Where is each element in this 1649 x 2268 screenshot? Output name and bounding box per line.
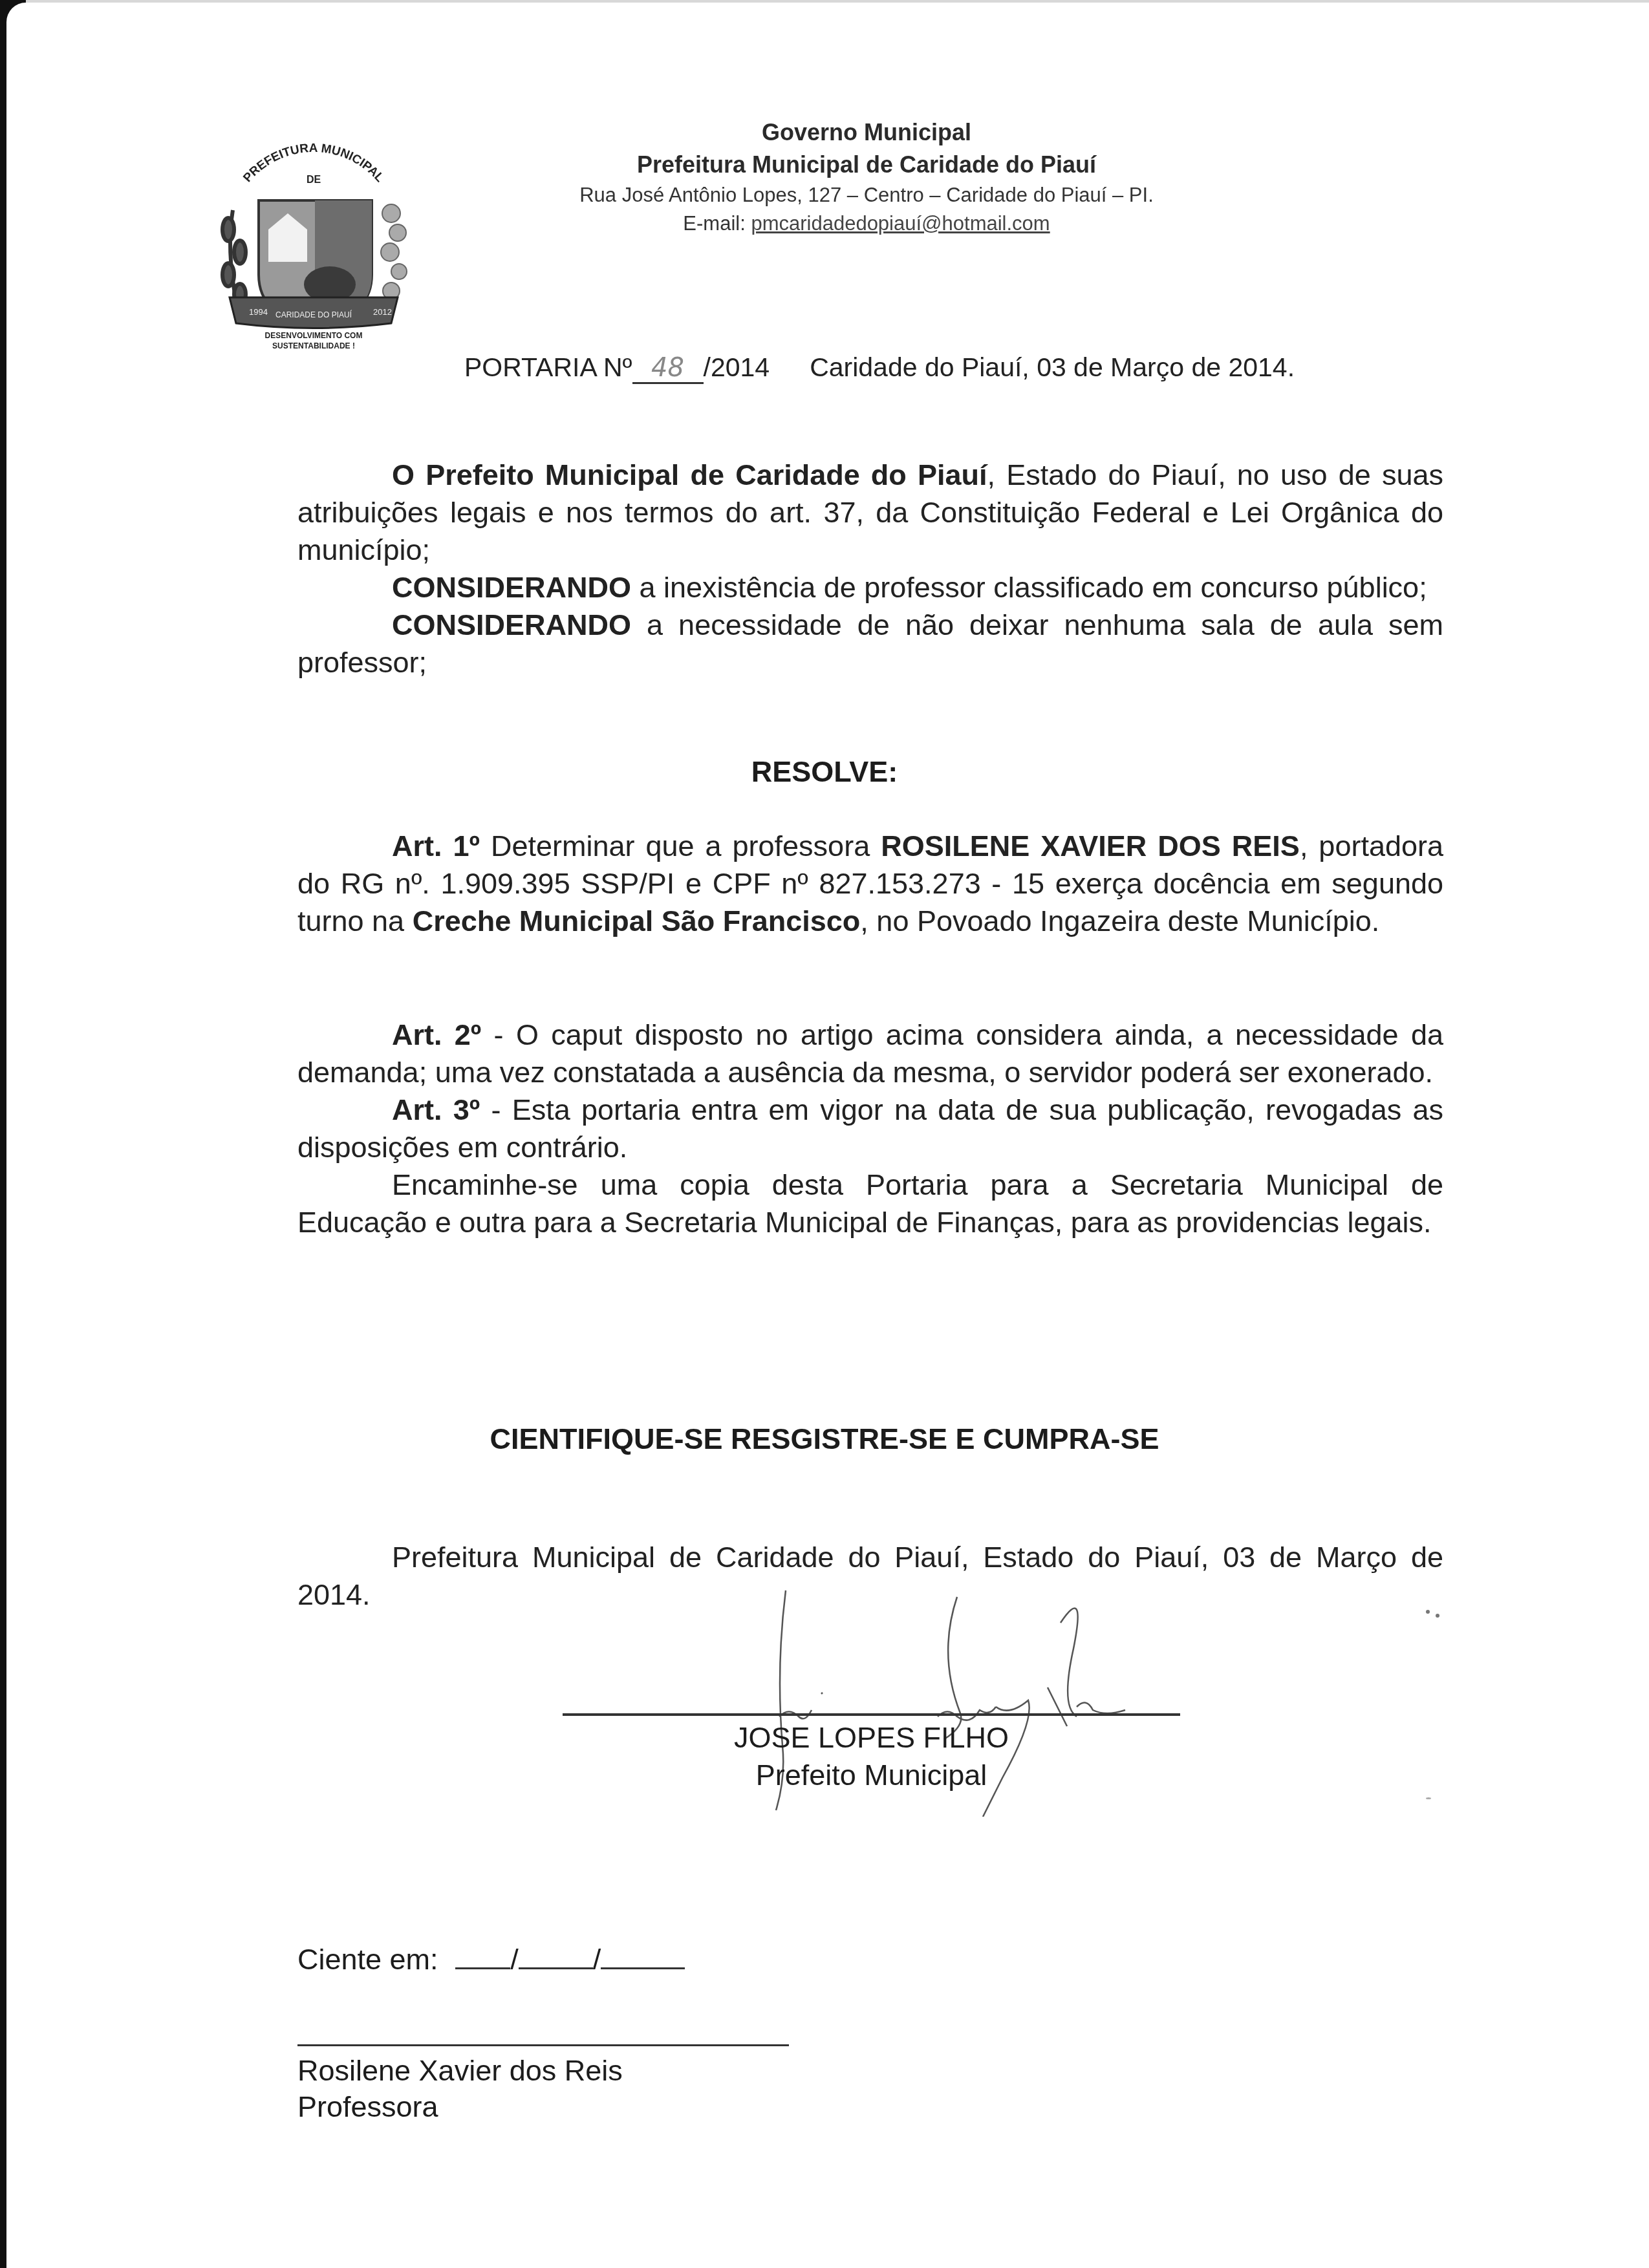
article-1-text-c: , no Povoado Ingazeira deste Município. xyxy=(860,904,1379,937)
logo-motto-2: SUSTENTABILIDADE ! xyxy=(272,341,355,350)
scan-edge-top xyxy=(0,0,1649,3)
teacher-name: ROSILENE XAVIER DOS REIS xyxy=(881,829,1300,862)
email-link[interactable]: pmcaridadedopiauí@hotmail.com xyxy=(751,212,1050,235)
forward-paragraph: Encaminhe-se uma copia desta Portaria pa… xyxy=(297,1166,1443,1241)
month-blank[interactable] xyxy=(519,1943,593,1969)
considerando-2: CONSIDERANDO a necessidade de não deixar… xyxy=(297,606,1443,681)
day-blank[interactable] xyxy=(455,1943,510,1969)
corn-icon xyxy=(222,210,246,305)
article-3-paragraph: Art. 3º - Esta portaria entra em vigor n… xyxy=(297,1091,1443,1166)
portaria-number-handwritten: 48 xyxy=(632,354,704,384)
considerando-2-label: CONSIDERANDO xyxy=(392,608,631,641)
considerando-1-text: a inexistência de professor classificado… xyxy=(631,571,1427,604)
resolve-heading: RESOLVE: xyxy=(0,755,1649,789)
letterhead-email: E-mail: pmcaridadedopiauí@hotmail.com xyxy=(414,209,1319,238)
scan-speck xyxy=(1436,1614,1439,1618)
letterhead-address: Rua José Antônio Lopes, 127 – Centro – C… xyxy=(414,181,1319,209)
teacher-signatory-name: Rosilene Xavier dos Reis xyxy=(297,2053,623,2089)
cotton-icon xyxy=(381,204,407,299)
logo-banner-text: CARIDADE DO PIAUÍ xyxy=(275,310,352,319)
article-3-label: Art. 3º xyxy=(392,1093,480,1126)
logo-de-text: DE xyxy=(307,175,321,186)
scan-speck xyxy=(1426,1797,1431,1799)
letterhead-title: Governo Municipal xyxy=(414,116,1319,149)
considerando-1-label: CONSIDERANDO xyxy=(392,571,631,604)
logo-year-left: 1994 xyxy=(249,307,268,317)
considerando-1: CONSIDERANDO a inexistência de professor… xyxy=(297,569,1443,606)
acknowledgment-label: Ciente em: xyxy=(297,1943,438,1976)
email-label: E-mail: xyxy=(683,212,745,235)
mayor-name: JOSE LOPES FILHO xyxy=(563,1720,1180,1756)
article-1-text-a: Determinar que a professora xyxy=(480,829,881,862)
closing-heading: CIENTIFIQUE-SE RESGISTRE-SE E CUMPRA-SE xyxy=(0,1422,1649,1456)
teacher-signature-line[interactable] xyxy=(297,2044,789,2046)
logo-year-right: 2012 xyxy=(373,307,392,317)
acknowledgment-date: Ciente em: // xyxy=(297,1943,685,1976)
preamble: O Prefeito Municipal de Caridade do Piau… xyxy=(297,456,1443,681)
article-1: Art. 1º Determinar que a professora ROSI… xyxy=(297,828,1443,940)
scan-speck xyxy=(1426,1610,1430,1614)
portaria-year: /2014 xyxy=(704,352,770,382)
school-name: Creche Municipal São Francisco xyxy=(413,904,861,937)
date-separator: / xyxy=(510,1943,519,1976)
letterhead-subtitle: Prefeitura Municipal de Caridade do Piau… xyxy=(414,149,1319,181)
letterhead: Governo Municipal Prefeitura Municipal d… xyxy=(414,116,1319,238)
article-1-label: Art. 1º xyxy=(392,829,480,862)
portaria-date: Caridade do Piauí, 03 de Março de 2014. xyxy=(810,352,1295,382)
portaria-label: PORTARIA Nº xyxy=(464,352,632,382)
scan-edge-left xyxy=(0,0,6,2268)
mayor-role: Prefeito Municipal xyxy=(563,1757,1180,1793)
logo-motto-1: DESENVOLVIMENTO COM xyxy=(265,331,363,340)
coat-of-arms-logo: PREFEITURA MUNICIPAL DE 1994 CARIDADE DO… xyxy=(204,139,424,352)
articles-2-3: Art. 2º - O caput disposto no artigo aci… xyxy=(297,1016,1443,1241)
teacher-signatory-role: Professora xyxy=(297,2089,438,2125)
date-separator: / xyxy=(593,1943,601,1976)
preamble-lead: O Prefeito Municipal de Caridade do Piau… xyxy=(392,458,987,491)
mayor-signature-line xyxy=(563,1713,1180,1716)
portaria-line: PORTARIA Nº48/2014Caridade do Piauí, 03 … xyxy=(464,352,1295,384)
year-blank[interactable] xyxy=(601,1943,685,1969)
article-1-paragraph: Art. 1º Determinar que a professora ROSI… xyxy=(297,828,1443,940)
article-2-label: Art. 2º xyxy=(392,1018,481,1051)
article-2-paragraph: Art. 2º - O caput disposto no artigo aci… xyxy=(297,1016,1443,1091)
preamble-paragraph: O Prefeito Municipal de Caridade do Piau… xyxy=(297,456,1443,569)
